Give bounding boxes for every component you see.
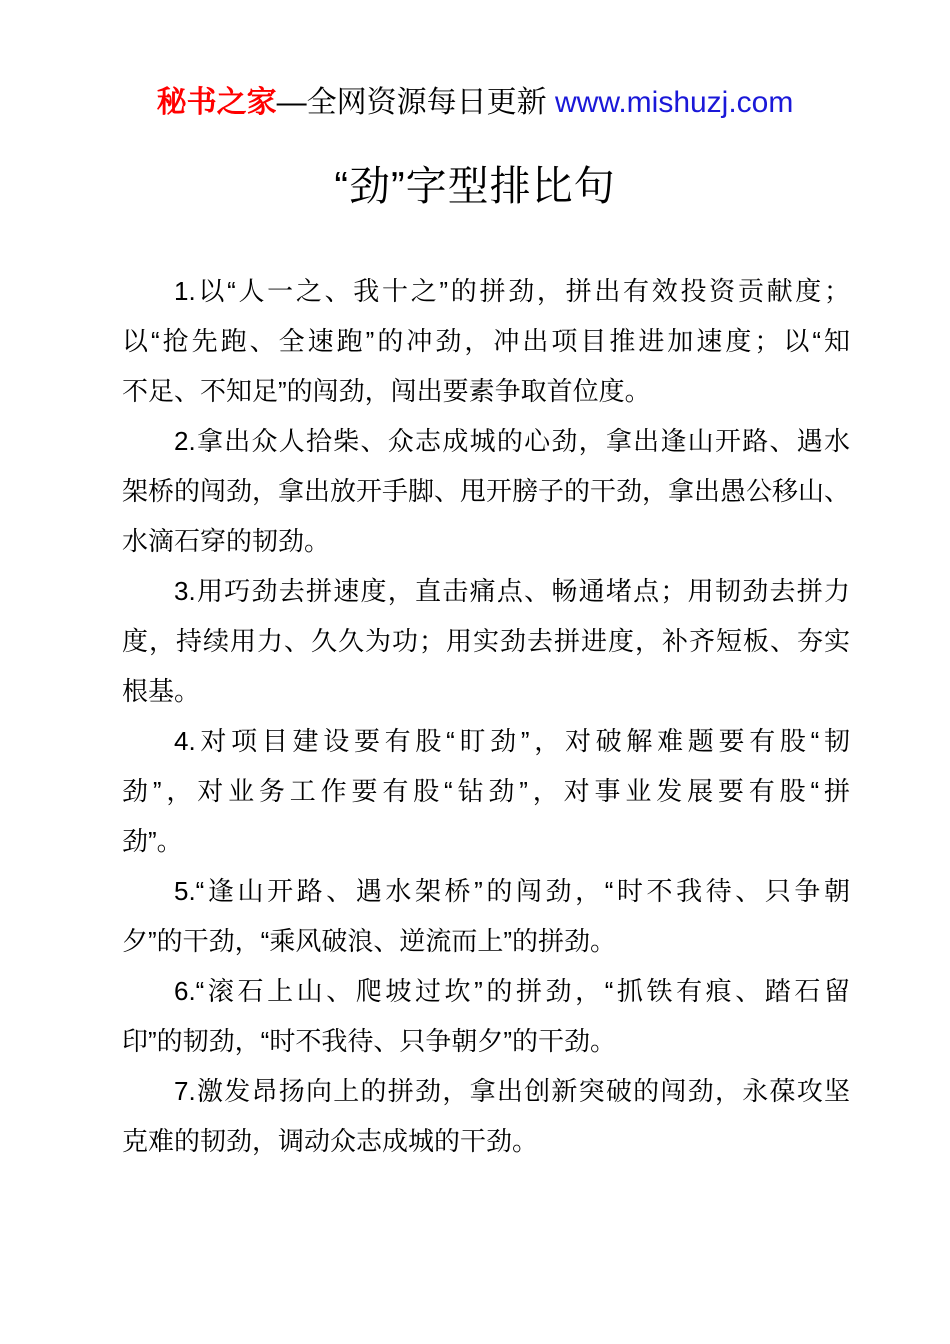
paragraph: 4.对项目建设要有股“盯劲”，对破解难题要有股“韧劲”，对业务工作要有股“钻劲”…	[122, 716, 850, 866]
document-page: 秘书之家—全网资源每日更新 www.mishuzj.com “劲”字型排比句 1…	[0, 0, 950, 1344]
text-line: 水滴石穿的韧劲。	[122, 516, 850, 566]
text-line: 不足、不知足”的闯劲，闯出要素争取首位度。	[122, 366, 850, 416]
text-line: 劲”，对业务工作要有股“钻劲”，对事业发展要有股“拼	[122, 766, 850, 816]
text-line: 5.“逢山开路、遇水架桥”的闯劲，“时不我待、只争朝	[122, 866, 850, 916]
text-line: 架桥的闯劲，拿出放开手脚、甩开膀子的干劲，拿出愚公移山、	[122, 466, 850, 516]
site-tagline: —全网资源每日更新	[277, 86, 555, 119]
paragraph: 6.“滚石上山、爬坡过坎”的拼劲，“抓铁有痕、踏石留印”的韧劲，“时不我待、只争…	[122, 966, 850, 1066]
paragraph: 5.“逢山开路、遇水架桥”的闯劲，“时不我待、只争朝夕”的干劲，“乘风破浪、逆流…	[122, 866, 850, 966]
text-line: 劲”。	[122, 816, 850, 866]
paragraph: 2.拿出众人拾柴、众志成城的心劲，拿出逢山开路、遇水架桥的闯劲，拿出放开手脚、甩…	[122, 416, 850, 566]
text-line: 7.激发昂扬向上的拼劲，拿出创新突破的闯劲，永葆攻坚	[122, 1066, 850, 1116]
site-name: 秘书之家	[157, 86, 277, 119]
site-banner: 秘书之家—全网资源每日更新 www.mishuzj.com	[0, 0, 950, 122]
paragraph: 7.激发昂扬向上的拼劲，拿出创新突破的闯劲，永葆攻坚克难的韧劲，调动众志成城的干…	[122, 1066, 850, 1166]
text-line: 根基。	[122, 666, 850, 716]
text-line: 3.用巧劲去拼速度，直击痛点、畅通堵点；用韧劲去拼力	[122, 566, 850, 616]
text-line: 1.以“人一之、我十之”的拼劲，拼出有效投资贡献度；	[122, 266, 850, 316]
text-line: 4.对项目建设要有股“盯劲”，对破解难题要有股“韧	[122, 716, 850, 766]
text-line: 以“抢先跑、全速跑”的冲劲，冲出项目推进加速度；以“知	[122, 316, 850, 366]
paragraph: 1.以“人一之、我十之”的拼劲，拼出有效投资贡献度；以“抢先跑、全速跑”的冲劲，…	[122, 266, 850, 416]
text-line: 克难的韧劲，调动众志成城的干劲。	[122, 1116, 850, 1166]
site-url-link[interactable]: www.mishuzj.com	[555, 86, 793, 119]
paragraph: 3.用巧劲去拼速度，直击痛点、畅通堵点；用韧劲去拼力度，持续用力、久久为功；用实…	[122, 566, 850, 716]
text-line: 印”的韧劲，“时不我待、只争朝夕”的干劲。	[122, 1016, 850, 1066]
text-line: 6.“滚石上山、爬坡过坎”的拼劲，“抓铁有痕、踏石留	[122, 966, 850, 1016]
text-line: 2.拿出众人拾柴、众志成城的心劲，拿出逢山开路、遇水	[122, 416, 850, 466]
text-line: 度，持续用力、久久为功；用实劲去拼进度，补齐短板、夯实	[122, 616, 850, 666]
text-line: 夕”的干劲，“乘风破浪、逆流而上”的拼劲。	[122, 916, 850, 966]
page-title: “劲”字型排比句	[0, 160, 950, 212]
document-body: 1.以“人一之、我十之”的拼劲，拼出有效投资贡献度；以“抢先跑、全速跑”的冲劲，…	[122, 266, 850, 1166]
